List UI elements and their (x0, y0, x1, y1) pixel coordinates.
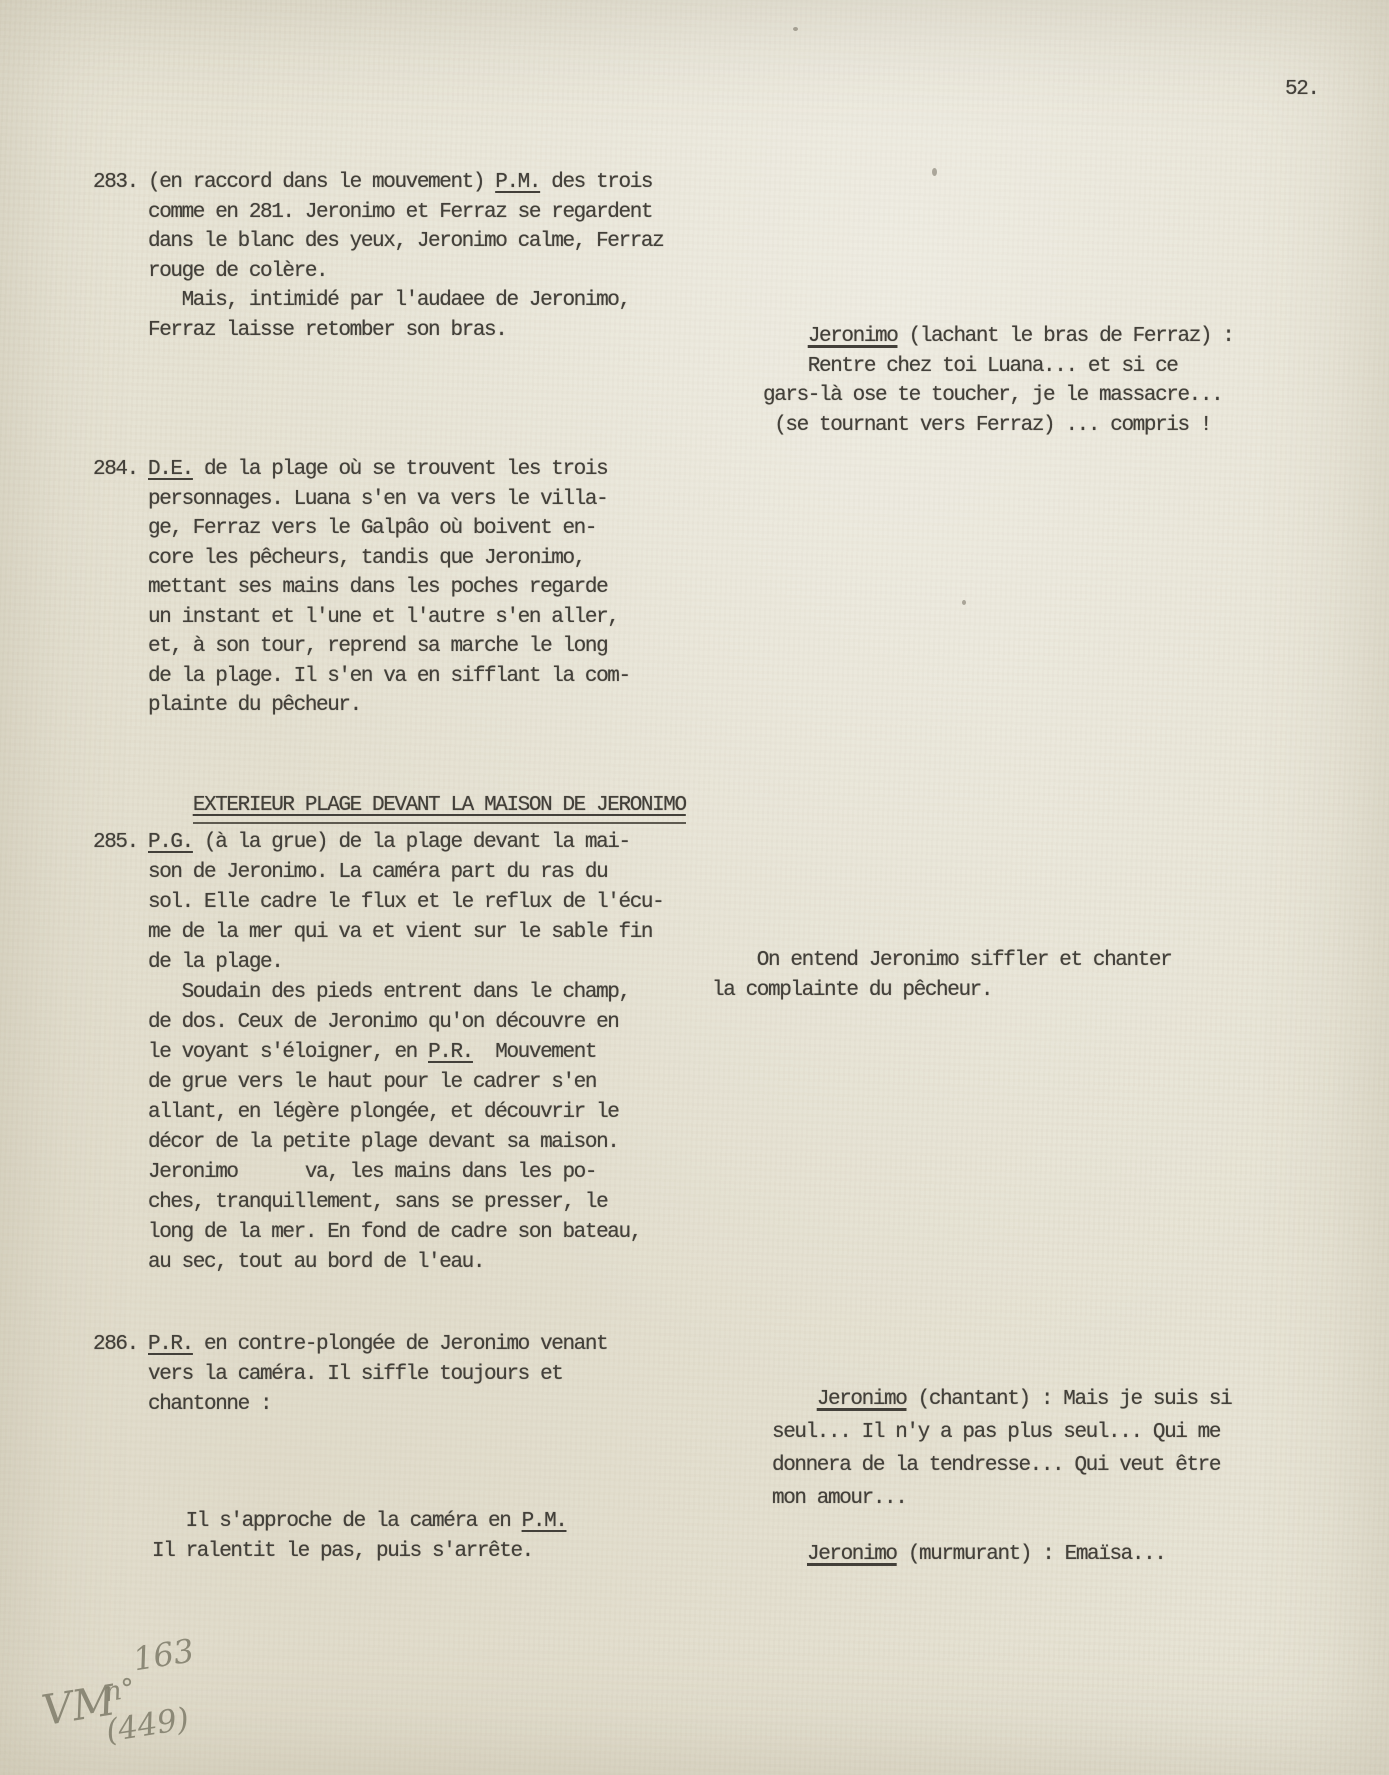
text-segment: plainte du pêcheur. (148, 694, 361, 717)
text-segment: un instant et l'une et l'autre s'en alle… (148, 606, 619, 629)
text-line: de la plage. (148, 948, 663, 978)
text-segment: Ferraz laisse retomber son bras. (148, 319, 506, 342)
text-segment: des trois (540, 171, 652, 194)
text-line: rouge de colère. (148, 257, 663, 287)
text-segment: (se tournant vers Ferraz) ... compris ! (763, 414, 1211, 437)
text-segment: Mais, intimidé par l'audaee de Jeronimo, (148, 289, 630, 312)
text-segment: Jeronimo va, les mains dans les po- (148, 1161, 596, 1184)
scene-284-number: 284. (93, 455, 138, 485)
script-page: 52. 283. (en raccord dans le mouvement) … (0, 0, 1389, 1775)
handwritten-no: n° (102, 1673, 137, 1708)
text-segment: de la plage. (148, 951, 282, 974)
text-line: P.G. (à la grue) de la plage devant la m… (148, 828, 663, 858)
text-line: vers la caméra. Il siffle toujours et (148, 1360, 607, 1390)
scene-284-action: D.E. de la plage où se trouvent les troi… (148, 455, 630, 721)
scene-286-murmur: Jeronimo (murmurant) : Emaïsa... (807, 1540, 1165, 1570)
text-segment: allant, en légère plongée, et découvrir … (148, 1101, 619, 1124)
closing-action: Il s'approche de la caméra en P.M.Il ral… (152, 1507, 566, 1567)
text-segment: vers la caméra. Il siffle toujours et (148, 1363, 562, 1386)
text-segment: Il s'approche de la caméra en (152, 1510, 522, 1533)
text-line: le voyant s'éloigner, en P.R. Mouvement (148, 1038, 663, 1068)
page-number: 52. (1285, 75, 1319, 105)
text-segment: (murmurant) : Emaïsa... (897, 1543, 1166, 1566)
text-segment: dans le blanc des yeux, Jeronimo calme, … (148, 230, 663, 253)
text-line: comme en 281. Jeronimo et Ferraz se rega… (148, 198, 663, 228)
text-segment (763, 325, 808, 348)
text-line: Rentre chez toi Luana... et si ce (763, 352, 1234, 382)
scene-286-action: P.R. en contre-plongée de Jeronimo venan… (148, 1330, 607, 1420)
scan-speck (793, 27, 798, 31)
text-line: D.E. de la plage où se trouvent les troi… (148, 455, 630, 485)
text-line: Mais, intimidé par l'audaee de Jeronimo, (148, 286, 663, 316)
scene-286-dialogue: Jeronimo (chantant) : Mais je suis siseu… (772, 1383, 1231, 1515)
underlined-text: Jeronimo (808, 325, 898, 348)
text-segment: ches, tranquillement, sans se presser, l… (148, 1191, 607, 1214)
scene-heading-text: EXTERIEUR PLAGE DEVANT LA MAISON DE JERO… (193, 791, 686, 825)
text-segment: mettant ses mains dans les poches regard… (148, 576, 607, 599)
text-line: mettant ses mains dans les poches regard… (148, 573, 630, 603)
text-segment: sol. Elle cadre le flux et le reflux de … (148, 891, 663, 914)
text-line: Ferraz laisse retomber son bras. (148, 316, 663, 346)
text-segment: (à la grue) de la plage devant la mai- (193, 831, 630, 854)
text-segment: le voyant s'éloigner, en (148, 1041, 428, 1064)
text-line: plainte du pêcheur. (148, 691, 630, 721)
text-segment: décor de la petite plage devant sa maiso… (148, 1131, 619, 1154)
text-line: (en raccord dans le mouvement) P.M. des … (148, 168, 663, 198)
underlined-text: P.R. (428, 1041, 473, 1064)
text-segment: (chantant) : Mais je suis si (906, 1388, 1231, 1411)
text-segment: Soudain des pieds entrent dans le champ, (148, 981, 630, 1004)
scene-285-action: P.G. (à la grue) de la plage devant la m… (148, 828, 663, 1278)
text-segment: comme en 281. Jeronimo et Ferraz se rega… (148, 201, 652, 224)
text-segment: chantonne : (148, 1393, 271, 1416)
underlined-text: P.M. (495, 171, 540, 194)
text-line: Jeronimo (murmurant) : Emaïsa... (807, 1540, 1165, 1570)
text-line: ge, Ferraz vers le Galpâo où boivent en- (148, 514, 630, 544)
scene-283-action: (en raccord dans le mouvement) P.M. des … (148, 168, 663, 345)
text-line: mon amour... (772, 1482, 1231, 1515)
text-line: seul... Il n'y a pas plus seul... Qui me (772, 1416, 1231, 1449)
text-line: de dos. Ceux de Jeronimo qu'on découvre … (148, 1008, 663, 1038)
text-line: donnera de la tendresse... Qui veut être (772, 1449, 1231, 1482)
text-segment: Rentre chez toi Luana... et si ce (763, 355, 1177, 378)
text-segment: Il ralentit le pas, puis s'arrête. (152, 1540, 533, 1563)
text-segment: personnages. Luana s'en va vers le villa… (148, 488, 607, 511)
text-segment (772, 1388, 817, 1411)
text-line: Il s'approche de la caméra en P.M. (152, 1507, 566, 1537)
text-segment: en contre-plongée de Jeronimo venant (193, 1333, 607, 1356)
text-segment: (lachant le bras de Ferraz) : (897, 325, 1233, 348)
text-line: core les pêcheurs, tandis que Jeronimo, (148, 544, 630, 574)
scene-285-sound-note: On entend Jeronimo siffler et chanterla … (712, 946, 1171, 1006)
text-segment: au sec, tout au bord de l'eau. (148, 1251, 484, 1274)
underlined-text: Jeronimo (807, 1543, 897, 1566)
text-line: (se tournant vers Ferraz) ... compris ! (763, 411, 1234, 441)
text-line: Il ralentit le pas, puis s'arrête. (152, 1537, 566, 1567)
handwritten-annotation: VM n° 163 (449) (36, 1625, 276, 1765)
text-segment: son de Jeronimo. La caméra part du ras d… (148, 861, 607, 884)
text-line: la complainte du pêcheur. (712, 976, 1171, 1006)
underlined-text: P.G. (148, 831, 193, 854)
scene-283-number: 283. (93, 168, 138, 198)
text-segment: (en raccord dans le mouvement) (148, 171, 495, 194)
underlined-text: D.E. (148, 458, 193, 481)
text-segment: On entend Jeronimo siffler et chanter (712, 949, 1171, 972)
text-segment: donnera de la tendresse... Qui veut être (772, 1454, 1220, 1477)
text-line: On entend Jeronimo siffler et chanter (712, 946, 1171, 976)
text-line: Jeronimo va, les mains dans les po- (148, 1158, 663, 1188)
text-line: Jeronimo (chantant) : Mais je suis si (772, 1383, 1231, 1416)
text-line: sol. Elle cadre le flux et le reflux de … (148, 888, 663, 918)
text-segment: long de la mer. En fond de cadre son bat… (148, 1221, 641, 1244)
underlined-text: P.M. (522, 1510, 567, 1533)
handwritten-paren: (449) (103, 1701, 191, 1750)
text-line: allant, en légère plongée, et découvrir … (148, 1098, 663, 1128)
text-line: chantonne : (148, 1390, 607, 1420)
text-segment: de la plage. Il s'en va en sifflant la c… (148, 665, 630, 688)
scan-speck (932, 168, 937, 176)
text-line: Soudain des pieds entrent dans le champ, (148, 978, 663, 1008)
text-segment: ge, Ferraz vers le Galpâo où boivent en- (148, 517, 596, 540)
text-line: son de Jeronimo. La caméra part du ras d… (148, 858, 663, 888)
text-line: dans le blanc des yeux, Jeronimo calme, … (148, 227, 663, 257)
text-segment: seul... Il n'y a pas plus seul... Qui me (772, 1421, 1220, 1444)
text-segment: et, à son tour, reprend sa marche le lon… (148, 635, 607, 658)
text-line: personnages. Luana s'en va vers le villa… (148, 485, 630, 515)
scene-283-dialogue: Jeronimo (lachant le bras de Ferraz) : R… (763, 322, 1234, 440)
underlined-text: P.R. (148, 1333, 193, 1356)
text-line: gars-là ose te toucher, je le massacre..… (763, 381, 1234, 411)
handwritten-num: 163 (130, 1631, 196, 1678)
text-segment: gars-là ose te toucher, je le massacre..… (763, 384, 1222, 407)
scene-286-number: 286. (93, 1330, 138, 1360)
text-line: Jeronimo (lachant le bras de Ferraz) : (763, 322, 1234, 352)
text-line: et, à son tour, reprend sa marche le lon… (148, 632, 630, 662)
scene-285-number: 285. (93, 828, 138, 858)
text-segment: core les pêcheurs, tandis que Jeronimo, (148, 547, 585, 570)
text-segment: de la plage où se trouvent les trois (193, 458, 607, 481)
text-line: P.R. en contre-plongée de Jeronimo venan… (148, 1330, 607, 1360)
text-line: ches, tranquillement, sans se presser, l… (148, 1188, 663, 1218)
text-line: un instant et l'une et l'autre s'en alle… (148, 603, 630, 633)
text-line: de la plage. Il s'en va en sifflant la c… (148, 662, 630, 692)
underlined-text: Jeronimo (817, 1388, 907, 1411)
text-segment: de grue vers le haut pour le cadrer s'en (148, 1071, 596, 1094)
text-segment: Mouvement (473, 1041, 596, 1064)
text-segment: la complainte du pêcheur. (712, 979, 992, 1002)
text-line: décor de la petite plage devant sa maiso… (148, 1128, 663, 1158)
text-line: au sec, tout au bord de l'eau. (148, 1248, 663, 1278)
text-segment: de dos. Ceux de Jeronimo qu'on découvre … (148, 1011, 619, 1034)
text-line: de grue vers le haut pour le cadrer s'en (148, 1068, 663, 1098)
text-segment: mon amour... (772, 1487, 906, 1510)
text-segment: me de la mer qui va et vient sur le sabl… (148, 921, 652, 944)
scan-speck (962, 600, 966, 605)
text-line: me de la mer qui va et vient sur le sabl… (148, 918, 663, 948)
text-line: long de la mer. En fond de cadre son bat… (148, 1218, 663, 1248)
text-segment: rouge de colère. (148, 260, 327, 283)
